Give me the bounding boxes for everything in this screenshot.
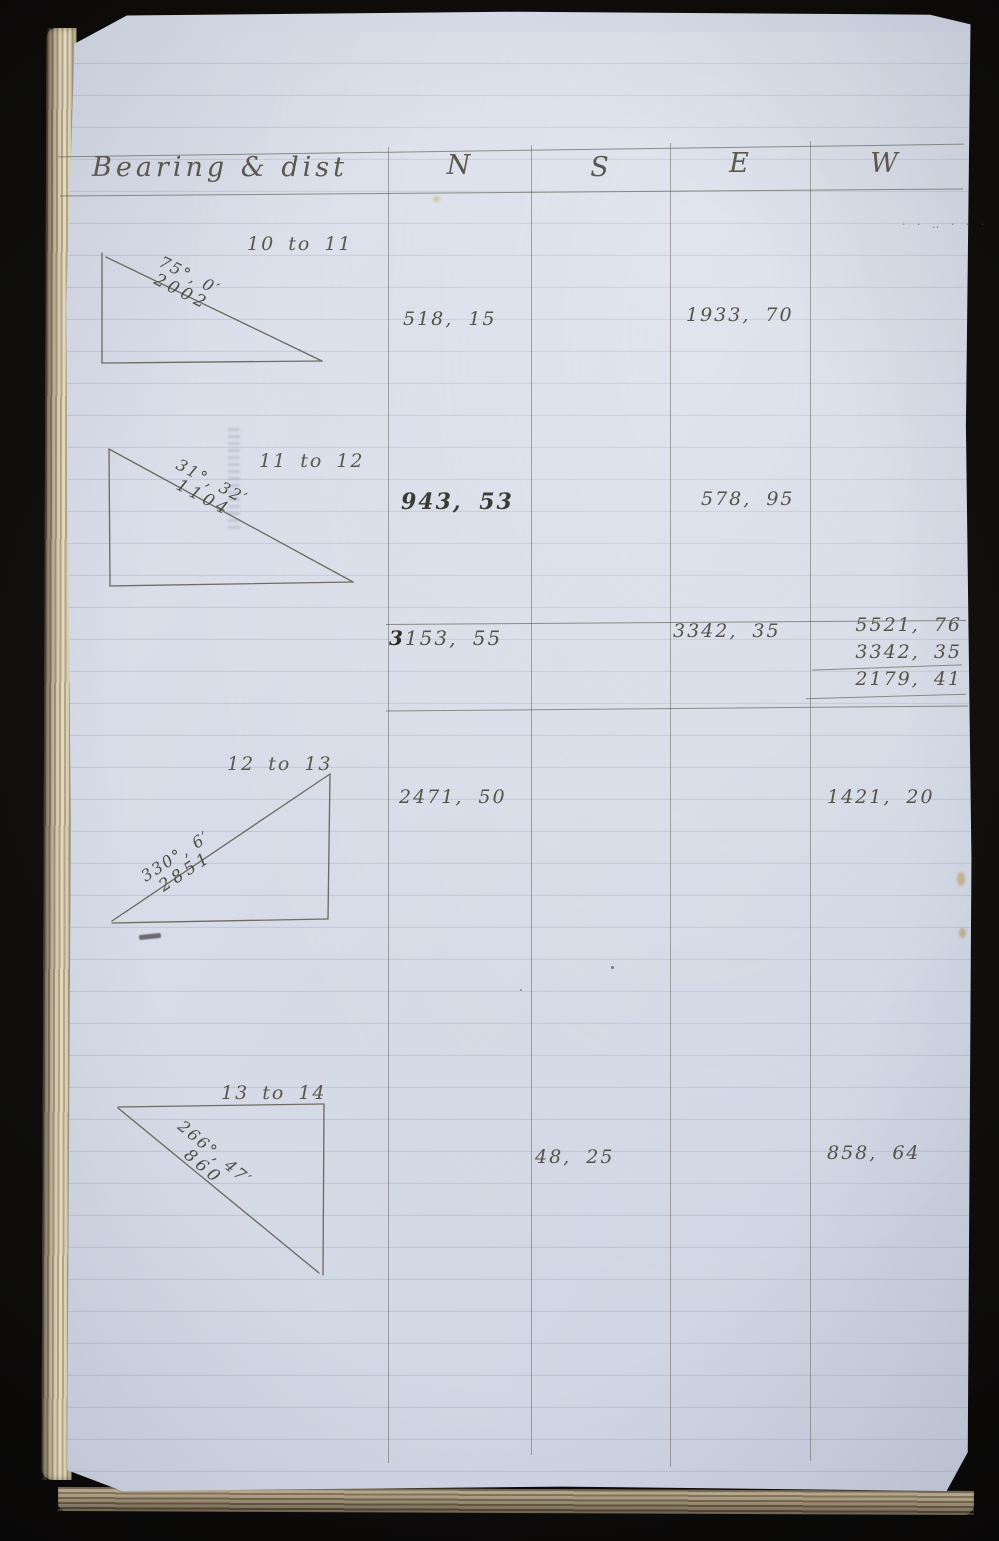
- e-value-11-12: 578, 95: [701, 488, 795, 510]
- bleed-through-mark: [228, 428, 240, 530]
- triangle-diagram-12-13: [104, 768, 339, 928]
- n-value-10-11: 518, 15: [403, 308, 497, 330]
- header-col-w: W: [810, 148, 960, 179]
- header-col-n: N: [388, 150, 531, 181]
- column-line-s: [531, 145, 532, 1455]
- triangle-diagram-10-11: [94, 247, 334, 372]
- ink-speck: [520, 989, 522, 991]
- w-minuend: 5521, 76: [798, 612, 962, 639]
- faint-dots-mark: · · ‥ · · ·: [902, 218, 988, 231]
- paper-stain: [433, 196, 440, 202]
- header-col-e: E: [670, 148, 810, 179]
- column-line-n: [388, 147, 389, 1463]
- page-stack-bottom-edge: [58, 1487, 974, 1515]
- n-value-12-13: 2471, 50: [399, 786, 507, 808]
- w-subtrahend: 3342, 35: [798, 639, 962, 666]
- edge-rust-stain: [959, 928, 966, 938]
- header-bearing-dist: Bearing & dist: [92, 152, 348, 183]
- e-value-10-11: 1933, 70: [686, 304, 794, 326]
- column-line-w: [810, 141, 811, 1461]
- s-value-13-14: 48, 25: [535, 1146, 614, 1168]
- column-line-e: [670, 143, 671, 1467]
- header-col-s: S: [531, 152, 670, 183]
- edge-rust-stain: [957, 872, 965, 886]
- w-value-12-13: 1421, 20: [827, 786, 935, 808]
- w-subtraction-stack: 5521, 76 3342, 35 2179, 41: [798, 612, 962, 693]
- n-value-11-12: 943, 53: [401, 489, 514, 515]
- totals-e-value: 3342, 35: [673, 620, 781, 642]
- ink-speck: [611, 966, 614, 969]
- w-value-13-14: 858, 64: [827, 1142, 921, 1164]
- scanned-ledger-page: Bearing & dist N S E W · · ‥ · · · 10 to…: [0, 0, 999, 1541]
- totals-n-value: 3153, 55: [389, 626, 502, 650]
